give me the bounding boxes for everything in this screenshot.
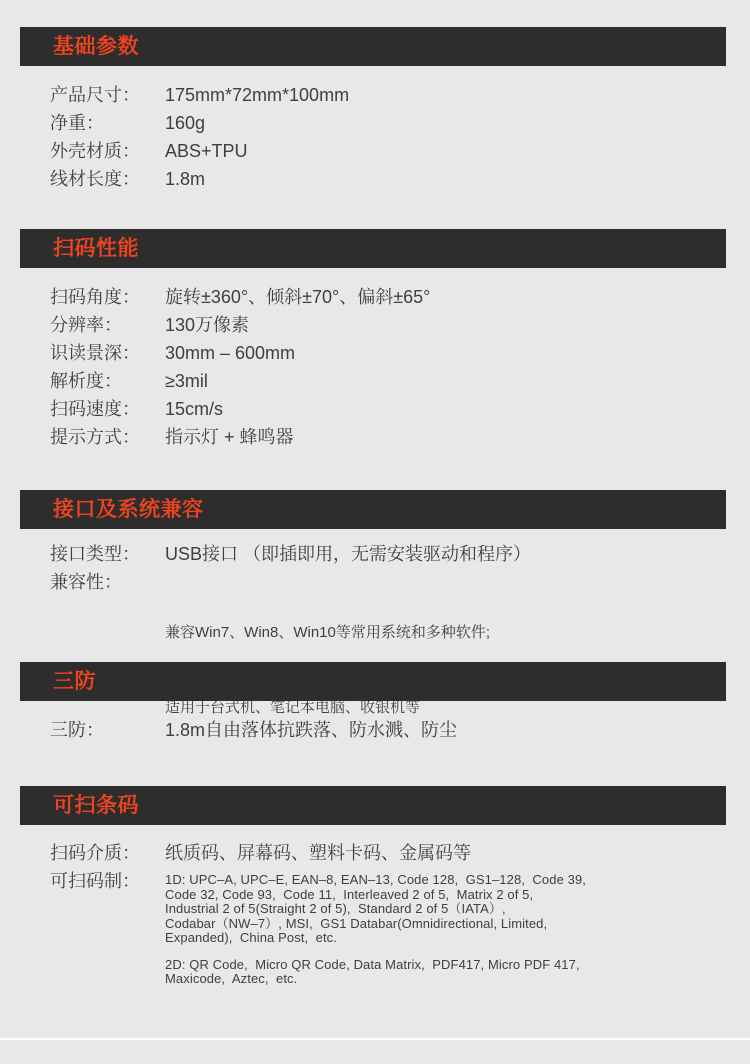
spec-value: 15cm/s <box>165 395 710 423</box>
spec-value: 160g <box>165 109 710 137</box>
barcode-line: Maxicode, Aztec, etc. <box>165 972 586 987</box>
section-header-barcodes: 可扫条码 <box>20 786 726 825</box>
spec-label: 净重： <box>50 109 165 137</box>
spec-row: 净重： 160g <box>50 109 710 137</box>
spec-row: 分辨率： 130万像素 <box>50 311 710 339</box>
section-rows-code-systems: 可扫码制： 1D: UPC–A, UPC–E, EAN–8, EAN–13, C… <box>50 868 710 987</box>
section-title-barcodes: 可扫条码 <box>20 786 726 825</box>
spec-value-blocks: 1D: UPC–A, UPC–E, EAN–8, EAN–13, Code 12… <box>165 868 586 987</box>
spec-row: 扫码角度： 旋转±360°、倾斜±70°、偏斜±65° <box>50 283 710 311</box>
barcode-line: 1D: UPC–A, UPC–E, EAN–8, EAN–13, Code 12… <box>165 873 586 888</box>
section-rows-basic-params: 产品尺寸： 175mm*72mm*100mm 净重： 160g 外壳材质： AB… <box>50 81 710 193</box>
barcode-line: 2D: QR Code, Micro QR Code, Data Matrix,… <box>165 958 586 973</box>
spec-label: 扫码角度： <box>50 283 165 311</box>
spec-value: 1.8m自由落体抗跌落、防水溅、防尘 <box>165 716 710 744</box>
spec-label: 识读景深： <box>50 339 165 367</box>
section-rows-scan-performance: 扫码角度： 旋转±360°、倾斜±70°、偏斜±65° 分辨率： 130万像素 … <box>50 283 710 451</box>
spec-label: 提示方式： <box>50 423 165 451</box>
section-rows-scan-media: 扫码介质： 纸质码、屏幕码、塑料卡码、金属码等 <box>50 839 710 867</box>
spec-row: 线材长度： 1.8m <box>50 165 710 193</box>
spec-row: 扫码介质： 纸质码、屏幕码、塑料卡码、金属码等 <box>50 839 710 867</box>
product-spec-page: 基础参数 产品尺寸： 175mm*72mm*100mm 净重： 160g 外壳材… <box>0 0 750 1064</box>
spec-row: 产品尺寸： 175mm*72mm*100mm <box>50 81 710 109</box>
barcode-2d-list: 2D: QR Code, Micro QR Code, Data Matrix,… <box>165 958 586 987</box>
section-title-interface-compat: 接口及系统兼容 <box>20 490 726 529</box>
barcode-line: Codabar（NW–7）, MSI, GS1 Databar(Omnidire… <box>165 917 586 932</box>
spec-label: 解析度： <box>50 367 165 395</box>
section-title-basic-params: 基础参数 <box>20 27 726 66</box>
spec-row: 提示方式： 指示灯 + 蜂鸣器 <box>50 423 710 451</box>
spec-value: ABS+TPU <box>165 137 710 165</box>
barcode-line: Expanded), China Post, etc. <box>165 931 586 946</box>
spec-value: 1.8m <box>165 165 710 193</box>
section-header-scan-performance: 扫码性能 <box>20 229 726 268</box>
spec-row: 解析度： ≥3mil <box>50 367 710 395</box>
section-title-protection: 三防 <box>20 662 726 701</box>
section-header-interface-compat: 接口及系统兼容 <box>20 490 726 529</box>
barcode-1d-list: 1D: UPC–A, UPC–E, EAN–8, EAN–13, Code 12… <box>165 868 586 946</box>
section-rows-protection: 三防： 1.8m自由落体抗跌落、防水溅、防尘 <box>50 716 710 744</box>
spec-label: 分辨率： <box>50 311 165 339</box>
spec-row: 识读景深： 30mm – 600mm <box>50 339 710 367</box>
spec-row: 三防： 1.8m自由落体抗跌落、防水溅、防尘 <box>50 716 710 744</box>
bottom-divider <box>0 1038 750 1040</box>
spec-label: 扫码速度： <box>50 395 165 423</box>
spec-row: 接口类型： USB接口 （即插即用，无需安装驱动和程序） <box>50 540 710 568</box>
spec-value-line: 兼容Win7、Win8、Win10等常用系统和多种软件; <box>165 620 490 645</box>
spec-value: 旋转±360°、倾斜±70°、偏斜±65° <box>165 283 710 311</box>
section-header-basic-params: 基础参数 <box>20 27 726 66</box>
spec-row: 扫码速度： 15cm/s <box>50 395 710 423</box>
spec-value: 175mm*72mm*100mm <box>165 81 710 109</box>
spec-label: 接口类型： <box>50 540 165 568</box>
spec-value: 30mm – 600mm <box>165 339 710 367</box>
spec-row: 外壳材质： ABS+TPU <box>50 137 710 165</box>
spec-label: 扫码介质： <box>50 839 165 867</box>
barcode-line: Industrial 2 of 5(Straight 2 of 5), Stan… <box>165 902 586 917</box>
section-rows-interface: 接口类型： USB接口 （即插即用，无需安装驱动和程序） <box>50 540 710 568</box>
spec-value: USB接口 （即插即用，无需安装驱动和程序） <box>165 540 710 568</box>
spec-label: 三防： <box>50 716 165 744</box>
barcode-line: Code 32, Code 93, Code 11, Interleaved 2… <box>165 888 586 903</box>
spec-row: 可扫码制： 1D: UPC–A, UPC–E, EAN–8, EAN–13, C… <box>50 868 710 987</box>
spec-value: 纸质码、屏幕码、塑料卡码、金属码等 <box>165 839 710 867</box>
spec-value: ≥3mil <box>165 367 710 395</box>
spec-label: 产品尺寸： <box>50 81 165 109</box>
section-header-protection: 三防 <box>20 662 726 701</box>
spec-label: 外壳材质： <box>50 137 165 165</box>
spec-value: 指示灯 + 蜂鸣器 <box>165 423 710 451</box>
spec-value: 130万像素 <box>165 311 710 339</box>
spec-label: 线材长度： <box>50 165 165 193</box>
spec-label: 可扫码制： <box>50 868 165 987</box>
section-title-scan-performance: 扫码性能 <box>20 229 726 268</box>
